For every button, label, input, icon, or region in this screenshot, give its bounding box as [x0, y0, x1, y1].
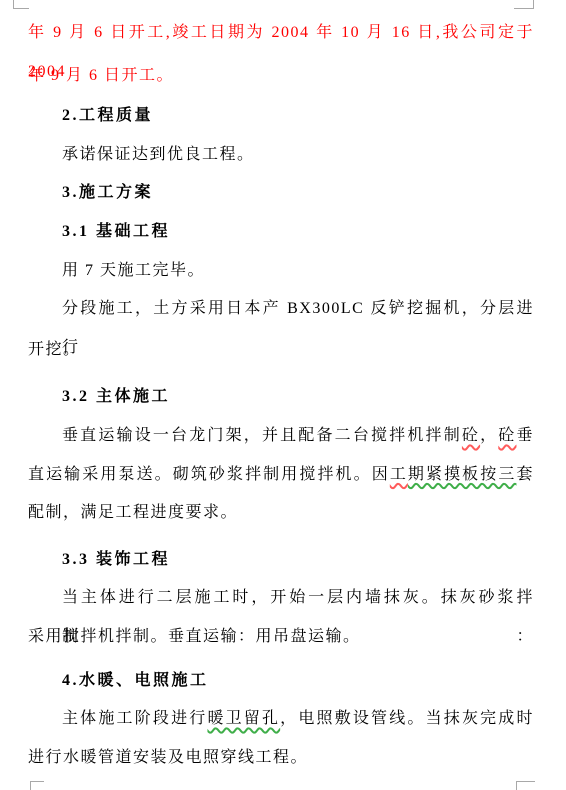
text-line: 主体施工阶段进行暖卫留孔，电照敷设管线。当抹灰完成时 [28, 700, 534, 739]
spellcheck-red-squiggle: 工 [390, 466, 408, 483]
text-segment: 承诺保证达到优良工程。 [62, 146, 255, 163]
text-segment: 3.2 主体施工 [62, 388, 170, 405]
heading-line: 3.施工方案 [28, 174, 534, 213]
text-line: 分段施工，土方采用日本产 BX300LC 反铲挖掘机，分层进行 [28, 290, 534, 329]
margin-crop-mark-bottom-left [30, 781, 44, 790]
text-line: 进行水暖管道安装及电照穿线工程。 [28, 739, 534, 778]
text-segment: 主体施工阶段进行 [62, 710, 207, 727]
text-segment: ，电照敷设管线。当抹灰完成时 [280, 710, 534, 727]
text-segment: 配制，满足工程进度要求。 [28, 504, 238, 521]
text-segment: 3.3 装饰工程 [62, 551, 170, 568]
heading-line: 3.2 主体施工 [28, 378, 534, 417]
text-segment: 4.水暖、电照施工 [62, 672, 209, 689]
heading-line: 3.3 装饰工程 [28, 541, 534, 580]
text-line: 开挖。 [28, 331, 534, 370]
text-line: 配制，满足工程进度要求。 [28, 494, 534, 533]
document-body[interactable]: 年 9 月 6 日开工,竣工日期为 2004 年 10 月 16 日,我公司定于… [28, 0, 534, 777]
text-segment: 垂直运输设一台龙门架，并且配备二台搅拌机拌制 [62, 427, 462, 444]
text-line: 年 9 月 6 日开工,竣工日期为 2004 年 10 月 16 日,我公司定于… [28, 14, 534, 53]
text-segment: 套 [516, 466, 534, 483]
text-line: 用 7 天施工完毕。 [28, 252, 534, 291]
spellcheck-green-squiggle: 期紧摸板按三 [408, 466, 517, 483]
text-line: 当主体进行二层施工时，开始一层内墙抹灰。抹灰砂浆拌制： [28, 579, 534, 618]
text-segment: 开挖。 [28, 341, 81, 358]
text-line: 年 9 月 6 日开工。 [28, 57, 534, 96]
spellcheck-red-squiggle: 砼 [462, 427, 480, 444]
heading-line: 3.1 基础工程 [28, 213, 534, 252]
margin-crop-mark-top-left [13, 0, 29, 9]
text-segment: 直运输采用泵送。砌筑砂浆拌制用搅拌机。因 [28, 466, 390, 483]
heading-line: 4.水暖、电照施工 [28, 662, 534, 701]
heading-line: 2.工程质量 [28, 97, 534, 136]
text-segment: 采用搅拌机拌制。垂直运输：用吊盘运输。 [28, 628, 361, 645]
spellcheck-green-squiggle: 暖卫留孔 [207, 710, 280, 727]
text-line: 垂直运输设一台龙门架，并且配备二台搅拌机拌制砼，砼垂 [28, 417, 534, 456]
text-line: 直运输采用泵送。砌筑砂浆拌制用搅拌机。因工期紧摸板按三套 [28, 456, 534, 495]
text-segment: 用 7 天施工完毕。 [62, 262, 205, 279]
text-line: 承诺保证达到优良工程。 [28, 136, 534, 175]
text-segment: ， [480, 427, 498, 444]
text-segment: 垂 [516, 427, 534, 444]
margin-crop-mark-bottom-right [516, 781, 535, 790]
text-segment: 2.工程质量 [62, 107, 153, 124]
text-segment: 3.施工方案 [62, 184, 153, 201]
text-segment: 年 9 月 6 日开工。 [28, 67, 174, 84]
text-segment: 进行水暖管道安装及电照穿线工程。 [28, 749, 308, 766]
spellcheck-red-squiggle: 砼 [498, 427, 516, 444]
text-segment: 3.1 基础工程 [62, 223, 170, 240]
